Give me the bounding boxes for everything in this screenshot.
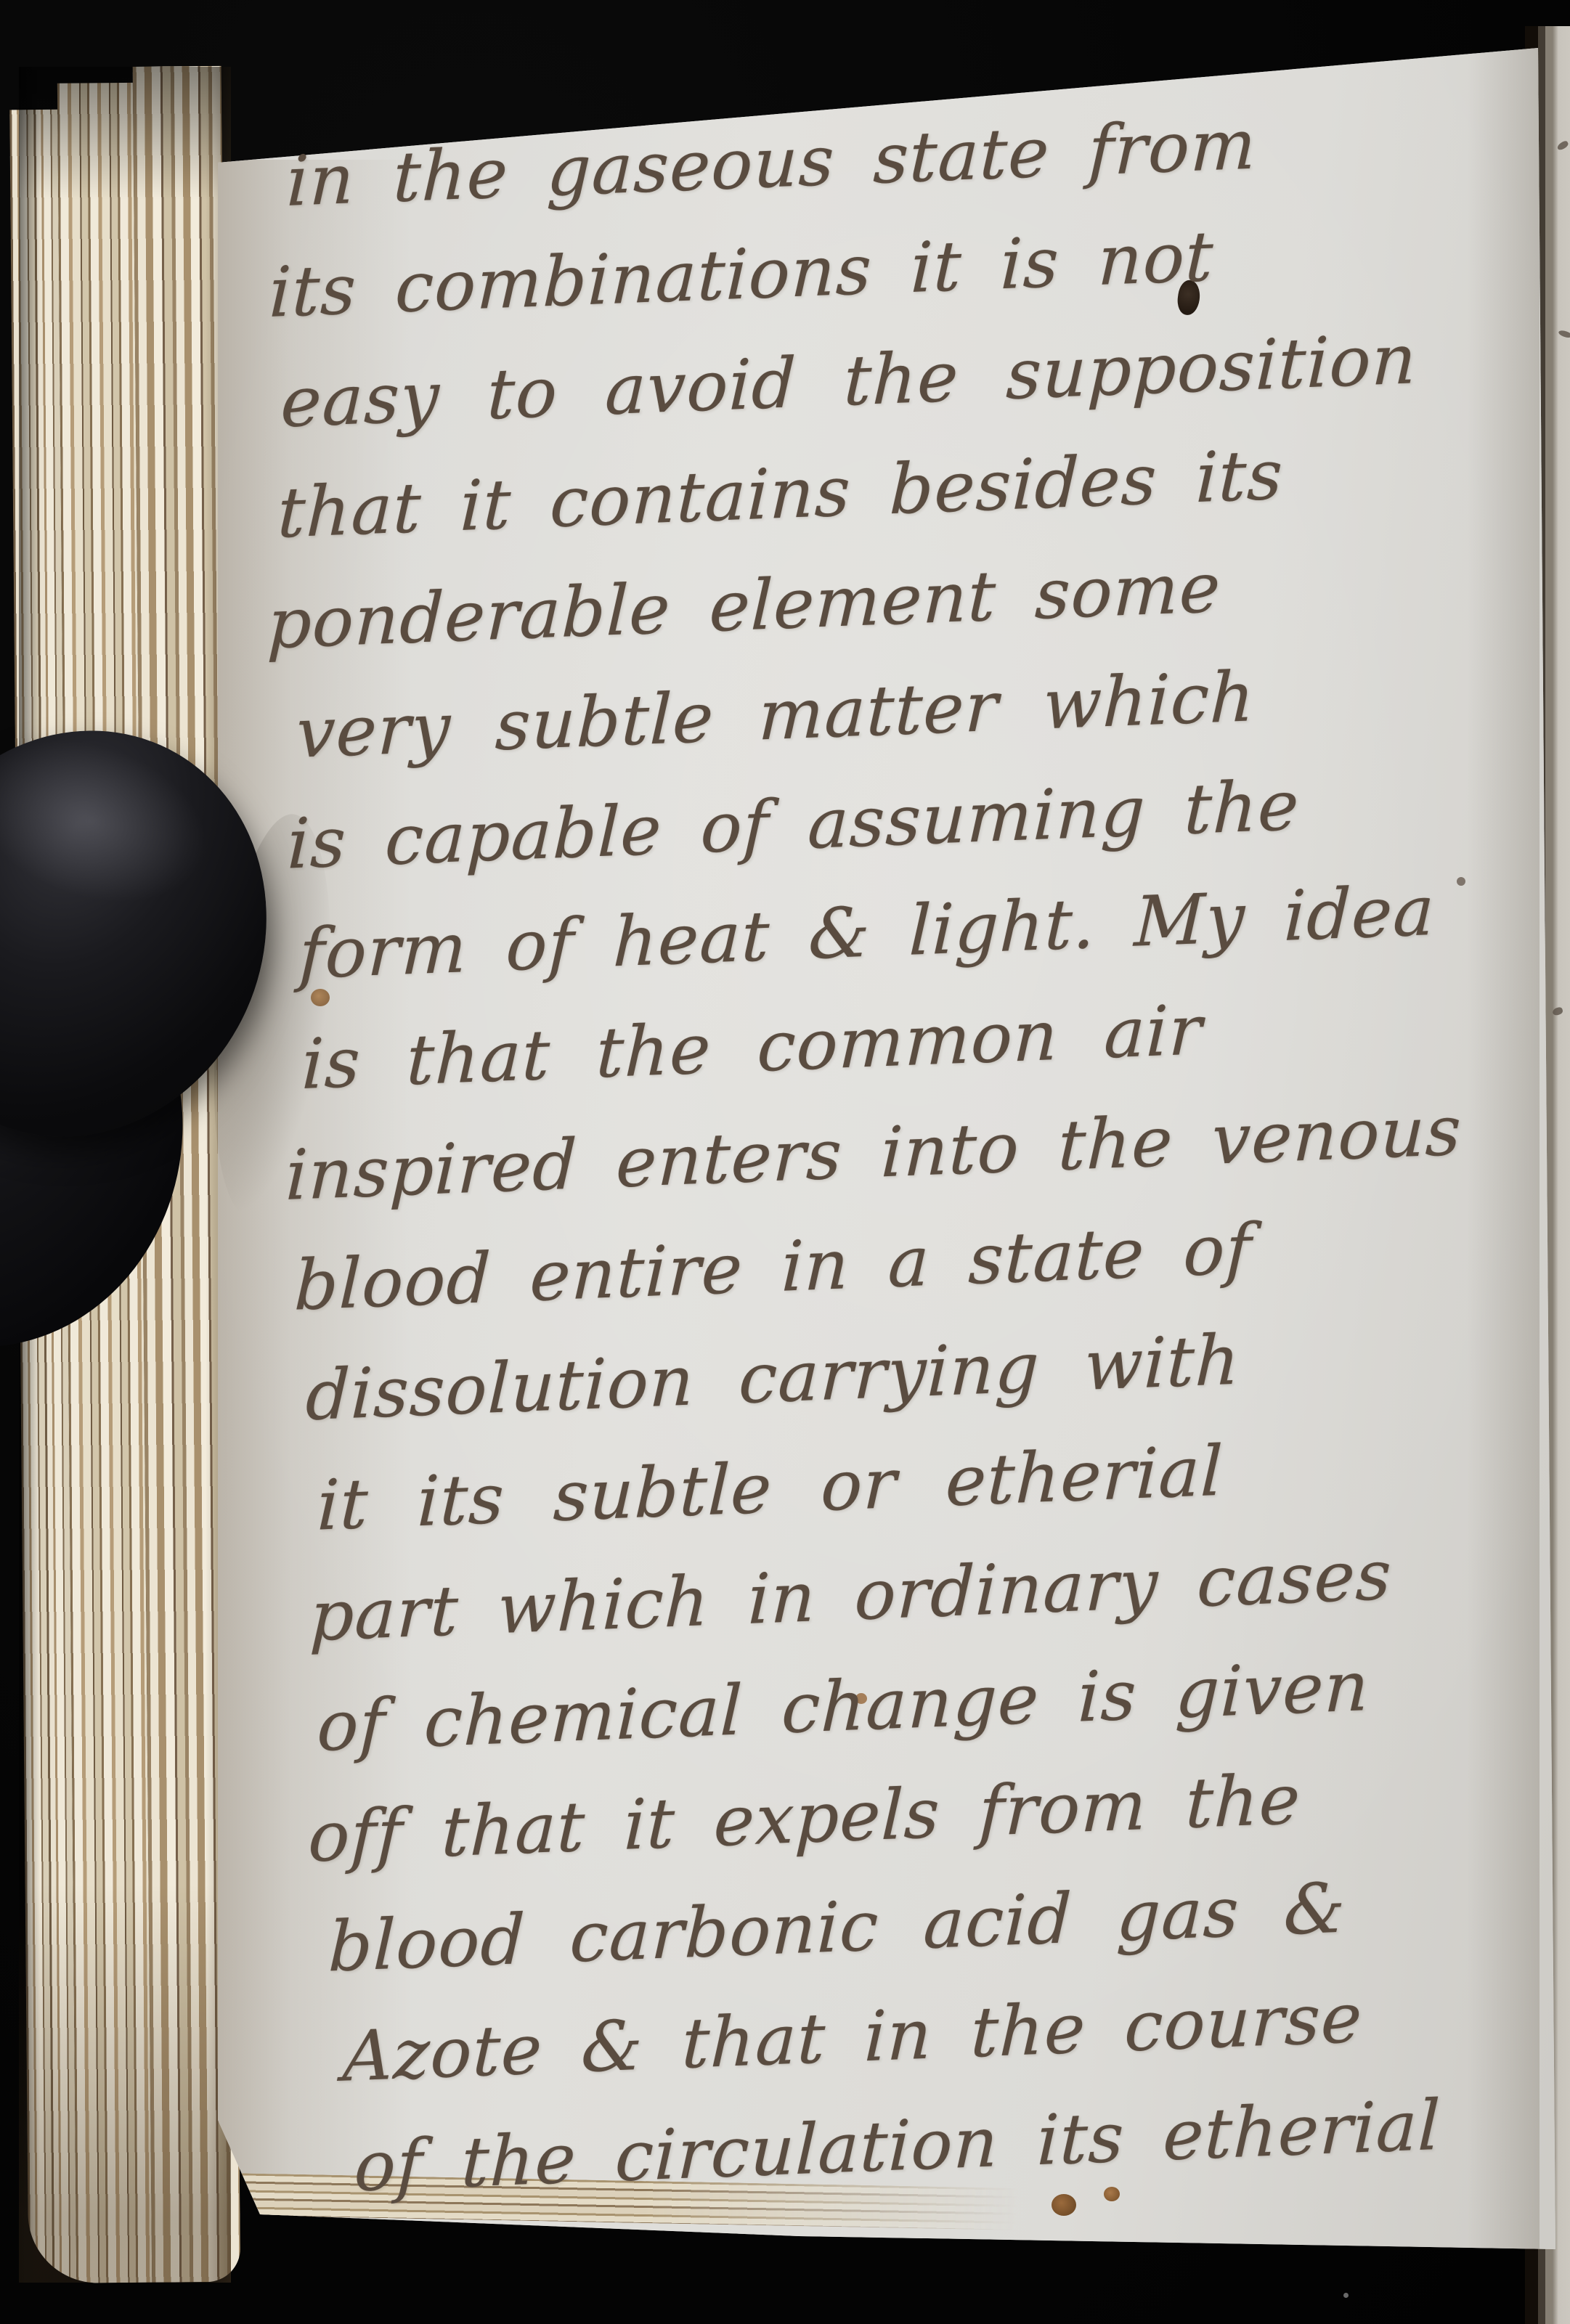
dust-speck xyxy=(1343,2293,1349,2298)
foxing-spot xyxy=(1052,2194,1076,2216)
manuscript-text: in the gaseous state from its combinatio… xyxy=(263,78,1570,2223)
photo-backdrop: in the gaseous state from its combinatio… xyxy=(0,0,1570,2324)
